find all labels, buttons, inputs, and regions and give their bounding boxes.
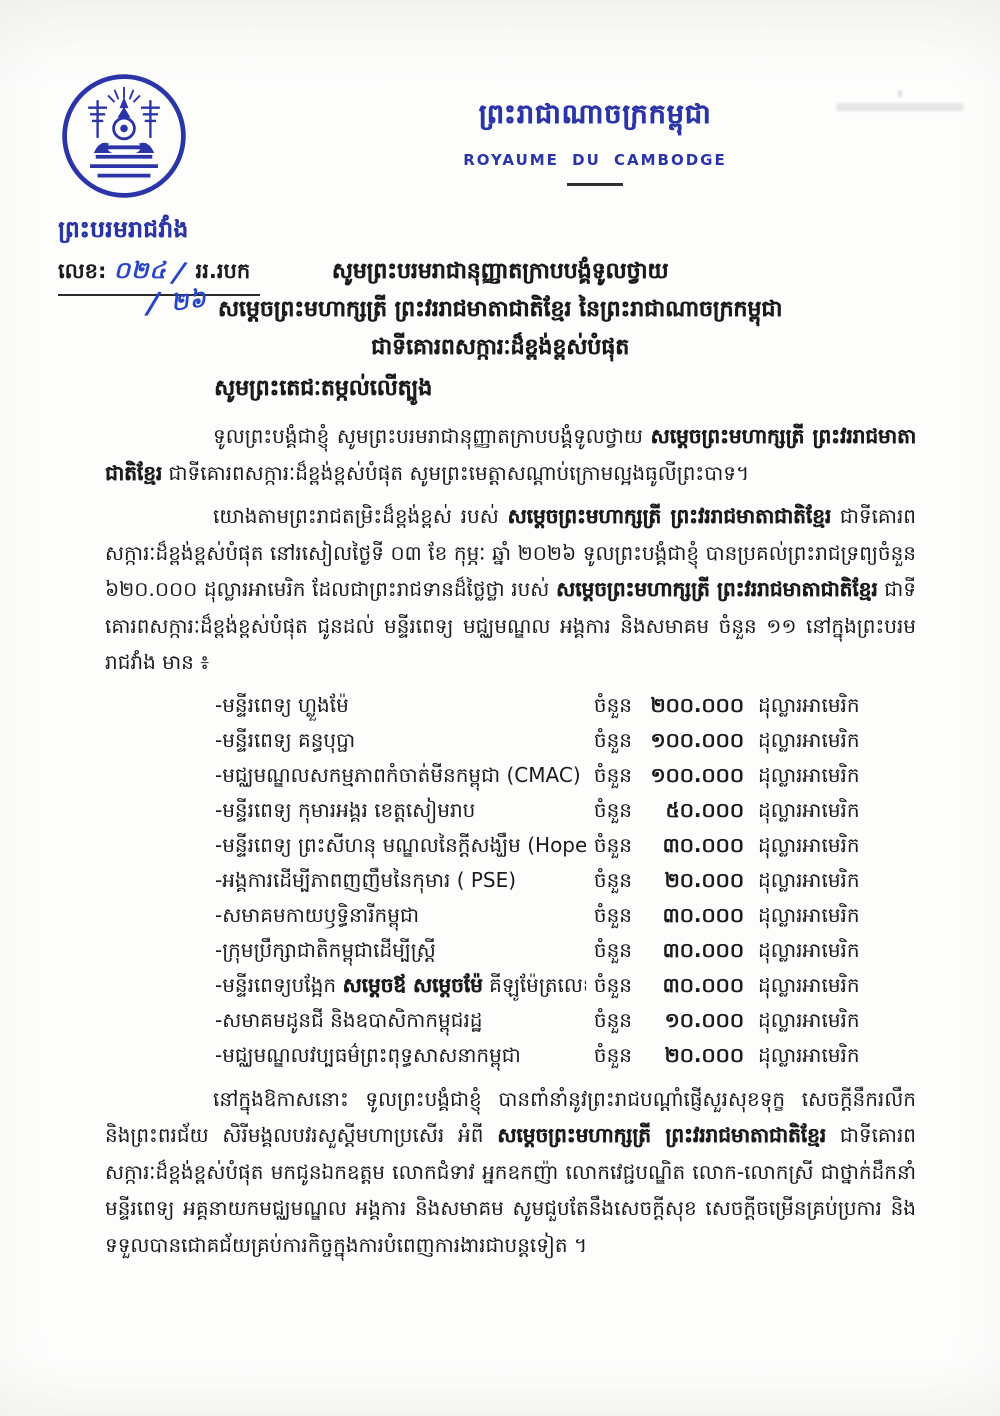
donation-row-8: -ក្រុមប្រឹក្សាជាតិកម្ពុជាដើម្បីស្ត្រី ចំ… xyxy=(215,933,916,968)
paragraph-2-royal-title: សម្តេចព្រះមហាក្សត្រី ព្រះវររាជមាតាជាតិខ្… xyxy=(507,504,831,528)
scanned-letter-page: ព្រះបរមរាជវាំង លេខ: ០២៤ / ររ.របក / ២៦ ព្… xyxy=(0,0,1000,1416)
currency-label: ដុល្លារអាមេរិក xyxy=(758,828,916,863)
amount-value: ១០០.០០០ xyxy=(632,758,744,793)
recipient-name: -មន្ទីរពេទ្យ ហ្លួងម៉ែ xyxy=(215,688,586,723)
donation-list: -មន្ទីរពេទ្យ ហ្លួងម៉ែ ចំនួន ២០០.០០០ ដុល្… xyxy=(215,688,916,1073)
paragraph-3-royal-title: សម្តេចព្រះមហាក្សត្រី ព្រះវររាជមាតាជាតិខ្… xyxy=(497,1123,826,1147)
amount-value: ២០០.០០០ xyxy=(632,688,744,723)
paragraph-1: ទូលព្រះបង្គំជាខ្ញុំ សូមព្រះបរមរាជានុញ្ញា… xyxy=(105,418,916,491)
currency-label: ដុល្លារអាមេរិក xyxy=(758,1038,916,1073)
recipient-name: -មជ្ឈមណ្ឌលវប្បធម៌ព្រះពុទ្ធសាសនាកម្ពុជា xyxy=(215,1038,586,1073)
count-label: ចំនួន xyxy=(594,933,632,968)
letterhead: ព្រះបរមរាជវាំង លេខ: ០២៤ / ររ.របក / ២៦ ព្… xyxy=(0,0,1000,418)
title-line-3: ជាទីគោរពសក្ការៈដ៏ខ្ពង់ខ្ពស់បំផុត xyxy=(0,329,1000,367)
currency-label: ដុល្លារអាមេរិក xyxy=(758,1003,916,1038)
currency-label: ដុល្លារអាមេរិក xyxy=(758,793,916,828)
count-label: ចំនួន xyxy=(594,688,632,723)
currency-label: ដុល្លារអាមេរិក xyxy=(758,723,916,758)
donation-row-7: -សមាគមកាយឫទ្ធិនារីកម្ពុជា ចំនួន ៣០.០០០ ដ… xyxy=(215,898,916,933)
count-label: ចំនួន xyxy=(594,793,632,828)
sender-office: ព្រះបរមរាជវាំង xyxy=(58,216,188,249)
recipient-name: -សមាគមដូនជី និងឧបាសិកាកម្ពុជរដ្ឋ xyxy=(215,1003,586,1038)
amount-value: ៥០.០០០ xyxy=(632,793,744,828)
amount-value: ១០០.០០០ xyxy=(632,723,744,758)
royal-arms-emblem-icon xyxy=(58,68,190,204)
recipient-name: -មន្ទីរពេទ្យ ព្រះសីហនុ មណ្ឌលនៃក្តីសង្ឃឹម… xyxy=(215,828,586,863)
donation-row-10: -សមាគមដូនជី និងឧបាសិកាកម្ពុជរដ្ឋ ចំនួន ១… xyxy=(215,1003,916,1038)
count-label: ចំនួន xyxy=(594,828,632,863)
donation-row-11: -មជ្ឈមណ្ឌលវប្បធម៌ព្រះពុទ្ធសាសនាកម្ពុជា ច… xyxy=(215,1038,916,1073)
count-label: ចំនួន xyxy=(594,758,632,793)
faint-scan-watermark xyxy=(836,90,964,122)
donation-row-4: -មន្ទីរពេទ្យ កុមារអង្គរ ខេត្តសៀមរាប ចំនួ… xyxy=(215,793,916,828)
recipient-name: -មន្ទីរពេទ្យ កុមារអង្គរ ខេត្តសៀមរាប xyxy=(215,793,586,828)
amount-value: ៣០.០០០ xyxy=(632,898,744,933)
count-label: ចំនួន xyxy=(594,1003,632,1038)
amount-value: ៣០.០០០ xyxy=(632,968,744,1003)
paragraph-1-text: ទូលព្រះបង្គំជាខ្ញុំ សូមព្រះបរមរាជានុញ្ញា… xyxy=(213,424,651,448)
recipient-name: -សមាគមកាយឫទ្ធិនារីកម្ពុជា xyxy=(215,898,586,933)
amount-value: ១០.០០០ xyxy=(632,1003,744,1038)
currency-label: ដុល្លារអាមេរិក xyxy=(758,898,916,933)
count-label: ចំនួន xyxy=(594,863,632,898)
kingdom-title-khmer: ព្រះរាជាណាចក្រកម្ពុជា xyxy=(370,98,820,137)
recipient-name: -មន្ទីរពេទ្យបង្អែក សម្តេចឪ សម្តេចម៉ែ គីឡ… xyxy=(215,968,586,1003)
donation-row-6: -អង្គការដើម្បីភាពញញឹមនៃកុមារ ( PSE) ចំនួ… xyxy=(215,863,916,898)
recipient-name: -មជ្ឈមណ្ឌលសកម្មភាពកំចាត់មីនកម្ពុជា (CMAC… xyxy=(215,758,586,793)
title-line-1: សូមព្រះបរមរាជានុញ្ញាតក្រាបបង្គំទូលថ្វាយ xyxy=(0,253,1000,291)
paragraph-2: យោងតាមព្រះរាជតម្រិះដ៏ខ្ពង់ខ្ពស់ របស់ សម្… xyxy=(105,498,916,681)
header-divider xyxy=(567,183,623,186)
donation-row-1: -មន្ទីរពេទ្យ ហ្លួងម៉ែ ចំនួន ២០០.០០០ ដុល្… xyxy=(215,688,916,723)
paragraph-3: នៅក្នុងឱកាសនោះ ទូលព្រះបង្គំជាខ្ញុំ បានពា… xyxy=(105,1081,916,1264)
currency-label: ដុល្លារអាមេរិក xyxy=(758,688,916,723)
recipient-name: -មន្ទីរពេទ្យ គន្ធបុប្ផា xyxy=(215,723,586,758)
donation-row-3: -មជ្ឈមណ្ឌលសកម្មភាពកំចាត់មីនកម្ពុជា (CMAC… xyxy=(215,758,916,793)
count-label: ចំនួន xyxy=(594,968,632,1003)
count-label: ចំនួន xyxy=(594,898,632,933)
address-title-block: សូមព្រះបរមរាជានុញ្ញាតក្រាបបង្គំទូលថ្វាយ … xyxy=(0,253,1000,367)
national-header: ព្រះរាជាណាចក្រកម្ពុជា ROYAUME DU CAMBODG… xyxy=(370,98,820,186)
amount-value: ៣០.០០០ xyxy=(632,933,744,968)
currency-label: ដុល្លារអាមេរិក xyxy=(758,758,916,793)
currency-label: ដុល្លារអាមេរិក xyxy=(758,933,916,968)
title-line-2: សម្តេចព្រះមហាក្សត្រី ព្រះវររាជមាតាជាតិខ្… xyxy=(0,291,1000,329)
recipient-name: -ក្រុមប្រឹក្សាជាតិកម្ពុជាដើម្បីស្ត្រី xyxy=(215,933,586,968)
letter-body: ទូលព្រះបង្គំជាខ្ញុំ សូមព្រះបរមរាជានុញ្ញា… xyxy=(105,418,916,1263)
kingdom-title-french: ROYAUME DU CAMBODGE xyxy=(370,151,820,169)
paragraph-2-royal-title-2: សម្តេចព្រះមហាក្សត្រី ព្រះវររាជមាតាជាតិខ្… xyxy=(556,577,878,601)
amount-value: ៣០.០០០ xyxy=(632,828,744,863)
currency-label: ដុល្លារអាមេរិក xyxy=(758,863,916,898)
count-label: ចំនួន xyxy=(594,723,632,758)
paragraph-1-text-2: ជាទីគោរពសក្ការៈដ៏ខ្ពង់ខ្ពស់បំផុត សូមព្រះ… xyxy=(162,461,749,485)
donation-row-5: -មន្ទីរពេទ្យ ព្រះសីហនុ មណ្ឌលនៃក្តីសង្ឃឹម… xyxy=(215,828,916,863)
salutation-line: សូមព្រះតេជៈតម្កល់លើត្បូង xyxy=(214,374,432,406)
currency-label: ដុល្លារអាមេរិក xyxy=(758,968,916,1003)
count-label: ចំនួន xyxy=(594,1038,632,1073)
donation-row-2: -មន្ទីរពេទ្យ គន្ធបុប្ផា ចំនួន ១០០.០០០ ដុ… xyxy=(215,723,916,758)
recipient-name: -អង្គការដើម្បីភាពញញឹមនៃកុមារ ( PSE) xyxy=(215,863,586,898)
paragraph-2-text: យោងតាមព្រះរាជតម្រិះដ៏ខ្ពង់ខ្ពស់ របស់ xyxy=(213,504,507,528)
amount-value: ២០.០០០ xyxy=(632,1038,744,1073)
amount-value: ២០.០០០ xyxy=(632,863,744,898)
donation-row-9: -មន្ទីរពេទ្យបង្អែក សម្តេចឪ សម្តេចម៉ែ គីឡ… xyxy=(215,968,916,1003)
